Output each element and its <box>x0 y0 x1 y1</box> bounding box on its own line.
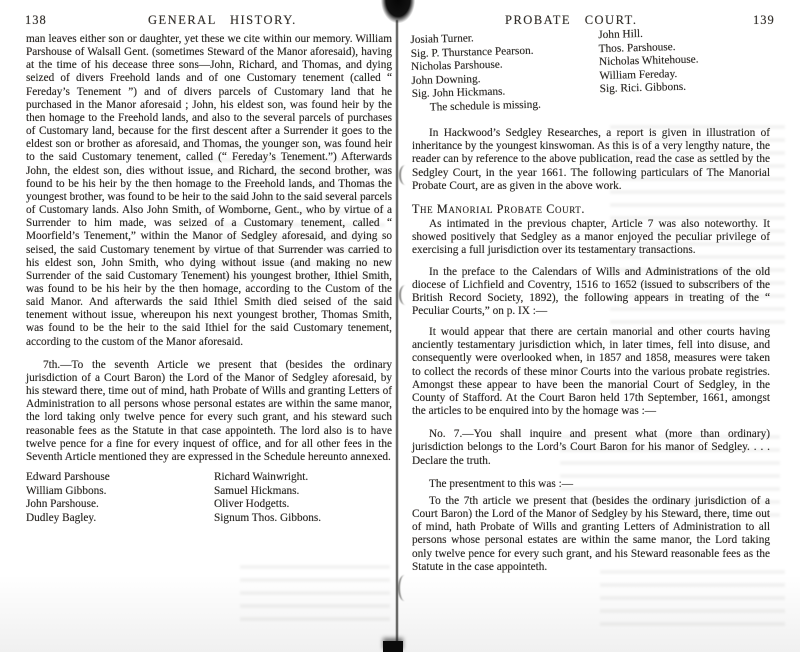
running-header-right: PROBATE COURT. <box>505 13 638 28</box>
left-page-body: man leaves either son or daughter, yet t… <box>26 33 392 525</box>
body-paragraph: man leaves either son or daughter, yet t… <box>26 33 392 349</box>
showthrough-smudge <box>240 560 390 630</box>
page-number-left: 138 <box>25 13 47 28</box>
running-header-left: GENERAL HISTORY. <box>148 13 297 28</box>
signatory-name: Oliver Hodgetts. <box>214 498 402 512</box>
body-paragraph: The presentment to this was :— <box>412 478 770 491</box>
binding-mark <box>399 165 410 185</box>
section-heading: The Manorial Probate Court. <box>412 203 770 216</box>
signatory-name: Edward Parshouse <box>26 471 214 485</box>
signatory-name: Signum Thos. Gibbons. <box>214 512 402 526</box>
signatory-list-right: Josiah Turner. Sig. P. Thurstance Pearso… <box>410 25 770 102</box>
binding-mark <box>398 575 409 601</box>
book-scan: 138 GENERAL HISTORY. man leaves either s… <box>0 0 800 652</box>
right-page-body: Josiah Turner. Sig. P. Thurstance Pearso… <box>412 34 770 574</box>
signatory-column: John Hill. Thos. Parshouse. Nicholas Whi… <box>598 24 788 97</box>
signatory-name: Dudley Bagley. <box>26 512 214 526</box>
book-spine-top <box>378 0 418 30</box>
binding-mark <box>399 285 410 305</box>
quoted-paragraph: To the 7th article we present that (besi… <box>412 495 770 574</box>
body-paragraph: In Hackwood’s Sedgley Researches, a repo… <box>412 127 770 193</box>
book-spine-bottom <box>383 641 403 652</box>
signatory-name: Samuel Hickmans. <box>214 485 402 499</box>
quoted-paragraph: No. 7.—You shall inquire and present wha… <box>412 428 770 467</box>
signatory-name: William Gibbons. <box>26 485 214 499</box>
signatory-column: Edward Parshouse William Gibbons. John P… <box>26 471 214 525</box>
signatory-name: Richard Wainwright. <box>214 471 402 485</box>
signatory-name: John Parshouse. <box>26 498 214 512</box>
quoted-paragraph: It would appear that there are certain m… <box>412 326 770 418</box>
signatory-column: Josiah Turner. Sig. P. Thurstance Pearso… <box>410 29 600 102</box>
signatory-column: Richard Wainwright. Samuel Hickmans. Oli… <box>214 471 402 525</box>
signatory-list-left: Edward Parshouse William Gibbons. John P… <box>26 471 392 525</box>
book-spine-shadow <box>396 20 398 650</box>
body-paragraph: 7th.—To the seventh Article we present t… <box>26 359 392 464</box>
body-paragraph: In the preface to the Calendars of Wills… <box>412 266 770 319</box>
body-paragraph: As intimated in the previous chapter, Ar… <box>412 218 770 257</box>
showthrough-smudge <box>600 565 785 635</box>
